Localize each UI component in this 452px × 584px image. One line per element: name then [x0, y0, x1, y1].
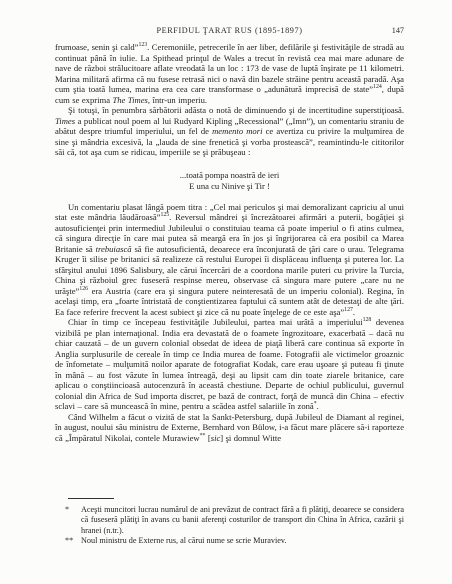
text-segment: devenea vizibilă pe plan internaţional. …	[55, 317, 404, 411]
page-number: 147	[392, 26, 404, 35]
paragraph: Un comentariu plasat lângă poem titra : …	[55, 202, 404, 318]
footnotes-list: *Aceşti muncitori lucrau numărul de ani …	[55, 505, 404, 546]
footnote-reference: 124	[373, 84, 382, 90]
book-page: PERFIDUL ŢARAT RUS (1895-1897) 147 frumo…	[0, 0, 452, 584]
text-segment: memento mori	[212, 126, 262, 136]
paragraph: Şi totuşi, în penumbra sărbătorii adăsta…	[55, 105, 404, 158]
footnote: *Aceşti muncitori lucrau numărul de ani …	[55, 505, 404, 536]
text-segment: Times	[55, 116, 75, 126]
footnote-reference: 127	[344, 307, 353, 313]
text-segment: .	[317, 401, 319, 411]
footnotes-section: *Aceşti muncitori lucrau numărul de ani …	[55, 498, 404, 546]
text-column: frumoase, senin şi cald”123. Ceremoniile…	[55, 42, 404, 443]
paragraph: frumoase, senin şi cald”123. Ceremoniile…	[55, 42, 404, 105]
page-header: PERFIDUL ŢARAT RUS (1895-1897) 147	[55, 26, 404, 38]
poem-line: ...toată pompa noastră de ieri	[55, 170, 404, 181]
running-head-title: PERFIDUL ŢARAT RUS (1895-1897)	[55, 26, 404, 35]
text-segment: Chiar în timp ce începeau festivităţile …	[68, 317, 363, 327]
paragraph: Chiar în timp ce începeau festivităţile …	[55, 317, 404, 412]
footnote-marker: **	[65, 536, 73, 546]
footnote-separator-rule	[68, 498, 114, 499]
paragraph: Când Wilhelm a făcut o vizită de stat la…	[55, 412, 404, 444]
text-segment: trebuiască	[96, 244, 132, 254]
poem-line: E una cu Ninive şi Tir !	[55, 181, 404, 192]
text-segment: Şi totuşi, în penumbra sărbătorii adăsta…	[68, 105, 404, 115]
footnote-text: Noul ministru de Externe rus, al cărui n…	[81, 536, 286, 545]
text-segment: sic	[211, 433, 221, 443]
text-segment: The Times	[112, 95, 147, 105]
text-segment: .	[353, 307, 355, 317]
text-segment: frumoase, senin şi cald”	[55, 42, 138, 52]
poem-quote: ...toată pompa noastră de ieriE una cu N…	[55, 170, 404, 192]
footnote-marker: *	[65, 505, 69, 515]
footnote-reference: 125	[160, 212, 169, 218]
footnote-text: Aceşti muncitori lucrau numărul de ani p…	[81, 505, 404, 535]
footnote-reference: 123	[138, 42, 147, 48]
footnote: **Noul ministru de Externe rus, al cărui…	[55, 536, 404, 546]
text-segment: ] şi domnul Witte	[220, 433, 281, 443]
text-segment: , într-un imperiu.	[148, 95, 207, 105]
footnote-reference: 126	[79, 286, 88, 292]
